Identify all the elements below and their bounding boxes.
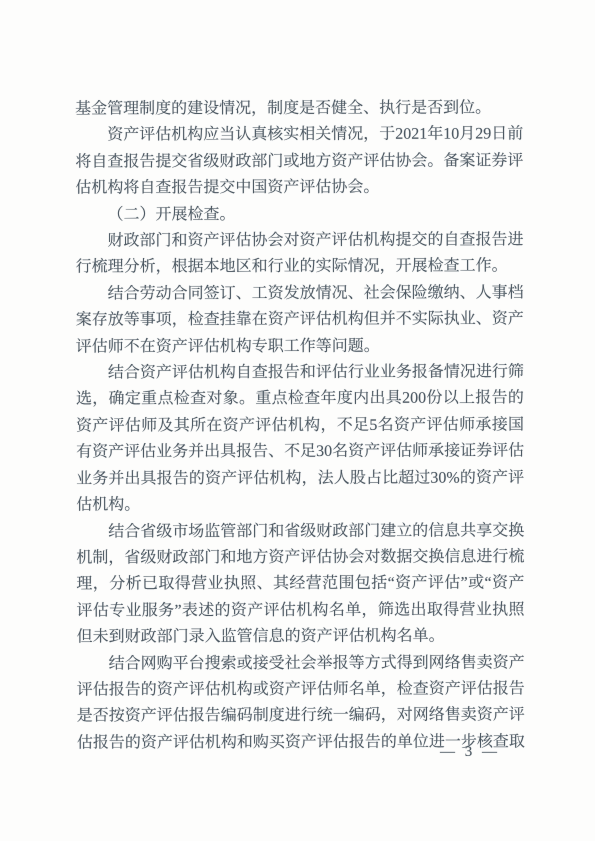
paragraph: 结合省级市场监管部门和省级财政部门建立的信息共享交换机制，省级财政部门和地方资产… bbox=[76, 518, 524, 651]
paragraph: 基金管理制度的建设情况，制度是否健全、执行是否到位。 bbox=[75, 95, 523, 123]
document-body: 基金管理制度的建设情况，制度是否健全、执行是否到位。资产评估机构应当认真核实相关… bbox=[75, 95, 525, 756]
paragraph: 财政部门和资产评估协会对资产评估机构提交的自查报告进行梳理分析，根据本地区和行业… bbox=[75, 227, 523, 281]
page-number: — 3 — bbox=[440, 744, 500, 761]
paragraph: 结合资产评估机构自查报告和评估行业业务报备情况进行筛选，确定重点检查对象。重点检… bbox=[76, 359, 524, 519]
paragraph: 结合劳动合同签订、工资发放情况、社会保险缴纳、人事档案存放等事项，检查挂靠在资产… bbox=[76, 280, 524, 360]
paragraph: （二）开展检查。 bbox=[75, 201, 523, 229]
paragraph: 资产评估机构应当认真核实相关情况，于2021年10月29日前将自查报告提交省级财… bbox=[75, 122, 523, 202]
paragraph: 结合网购平台搜索或接受社会举报等方式得到网络售卖资产评估报告的资产评估机构或资产… bbox=[77, 650, 525, 757]
document-page: 基金管理制度的建设情况，制度是否健全、执行是否到位。资产评估机构应当认真核实相关… bbox=[0, 0, 595, 841]
